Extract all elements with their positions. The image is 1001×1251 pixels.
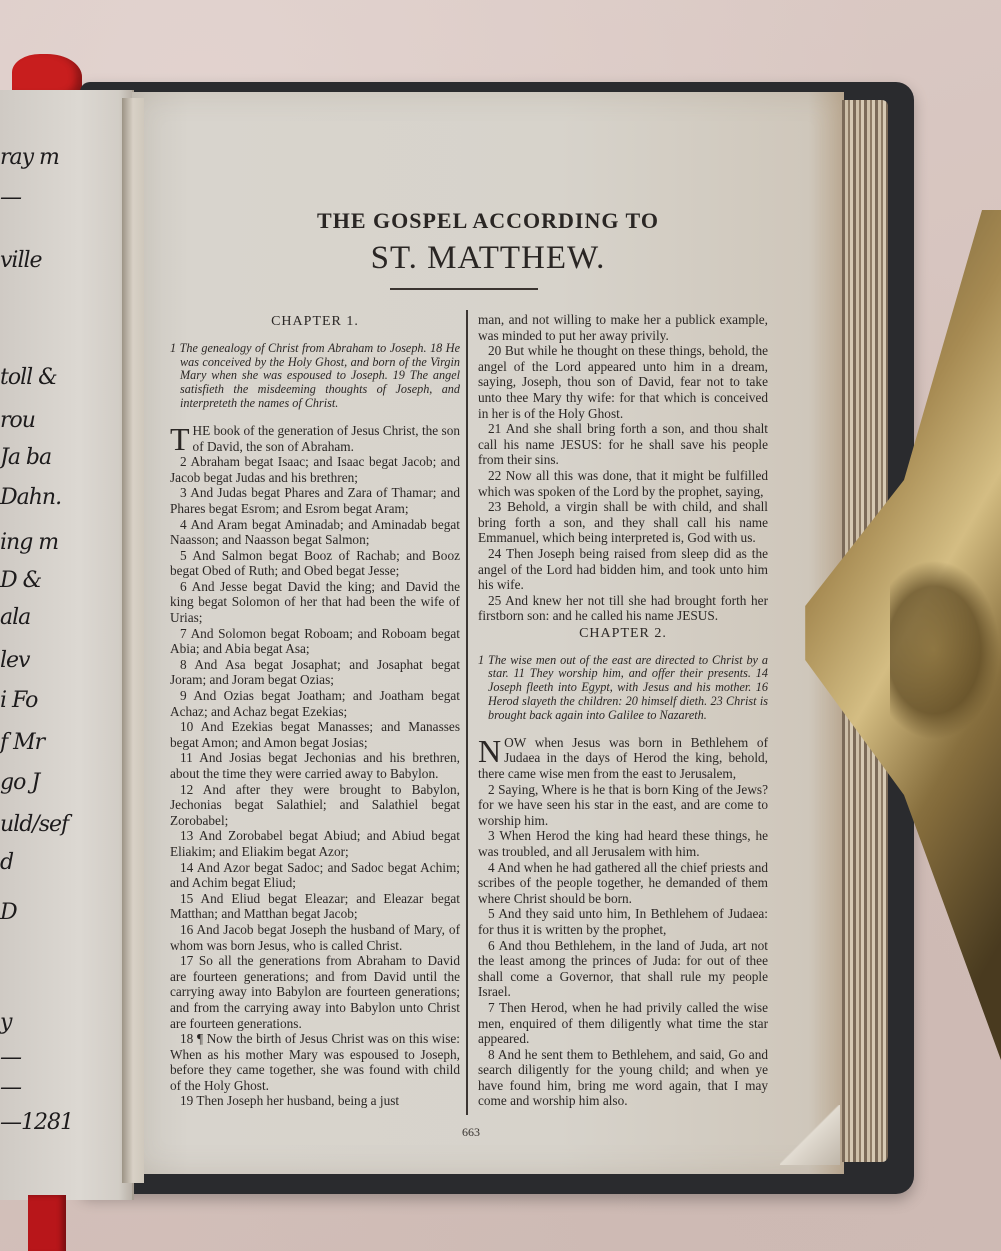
handwriting-line: i Fo [0, 688, 37, 713]
verse: 5 And they said unto him, In Bethlehem o… [478, 906, 768, 937]
verse: 6 And Jesse begat David the king; and Da… [170, 579, 460, 626]
verse: man, and not willing to make her a publi… [478, 312, 768, 343]
verse: 8 And Asa begat Josaphat; and Josaphat b… [170, 657, 460, 688]
chapter-summary: 1 The wise men out of the east are direc… [478, 654, 768, 723]
verse: 22 Now all this was done, that it might … [478, 468, 768, 499]
verse: 20 But while he thought on these things,… [478, 343, 768, 421]
verse: 25 And knew her not till she had brought… [478, 593, 768, 624]
verse: 15 And Eliud begat Eleazar; and Eleazar … [170, 891, 460, 922]
verse: 23 Behold, a virgin shall be with child,… [478, 499, 768, 546]
verse: 3 When Herod the king had heard these th… [478, 828, 768, 859]
verse: 8 And he sent them to Bethlehem, and sai… [478, 1047, 768, 1109]
handwriting-line: ala [0, 605, 30, 630]
page-corner [780, 1105, 840, 1165]
verse: 18 ¶ Now the birth of Jesus Christ was o… [170, 1031, 460, 1093]
chapter-heading: CHAPTER 1. [170, 314, 460, 330]
verse: 24 Then Joseph being raised from sleep d… [478, 546, 768, 593]
verse: 2 Saying, Where is he that is born King … [478, 782, 768, 829]
column-divider [466, 310, 468, 1115]
photo-scene: ray m — ville toll & rou Ja ba Dahn. ing… [0, 0, 1001, 1251]
verse: 7 And Solomon begat Roboam; and Roboam b… [170, 626, 460, 657]
verse-text: HE book of the generation of Jesus Chris… [193, 423, 460, 454]
title-rule [390, 288, 538, 290]
verse: 14 And Azor begat Sadoc; and Sadoc begat… [170, 860, 460, 891]
chapter-heading: CHAPTER 2. [478, 626, 768, 642]
verse: 5 And Salmon begat Booz of Rachab; and B… [170, 548, 460, 579]
verse: 13 And Zorobabel begat Abiud; and Abiud … [170, 828, 460, 859]
handwriting-line: ville [0, 248, 42, 273]
handwriting-line: ray m [0, 145, 59, 170]
drop-cap: N [478, 737, 501, 765]
handwriting-line: D & [0, 568, 41, 593]
verse-1: THE book of the generation of Jesus Chri… [170, 423, 460, 454]
handwriting-line: uld/sef [0, 812, 68, 837]
verse: 3 And Judas begat Phares and Zara of Tha… [170, 485, 460, 516]
handwriting-line: lev [0, 648, 29, 673]
verse: 9 And Ozias begat Joatham; and Joatham b… [170, 688, 460, 719]
verse: 21 And she shall bring forth a son, and … [478, 421, 768, 468]
verse: 11 And Josias begat Jechonias and his br… [170, 750, 460, 781]
verse: 4 And when he had gathered all the chief… [478, 860, 768, 907]
text-column-left: CHAPTER 1. 1 The genealogy of Christ fro… [170, 312, 460, 1109]
drop-cap: T [170, 425, 190, 453]
handwriting-line: Dahn. [0, 485, 61, 510]
book-title: ST. MATTHEW. [132, 240, 844, 277]
handwriting-line: Ja ba [0, 445, 51, 470]
handwriting-line: ing m [0, 530, 58, 555]
handwriting-line: D [0, 900, 17, 925]
page-number: 663 [462, 1125, 480, 1140]
handwritten-notes: ray m — ville toll & rou Ja ba Dahn. ing… [0, 90, 132, 1200]
show-through-text [260, 172, 760, 196]
verse: 10 And Ezekias begat Manasses; and Manas… [170, 719, 460, 750]
verse-1: NOW when Jesus was born in Bethlehem of … [478, 735, 768, 782]
handwriting-line: rou [0, 408, 35, 433]
verse: 7 Then Herod, when he had privily called… [478, 1000, 768, 1047]
verse: 4 And Aram begat Aminadab; and Aminadab … [170, 517, 460, 548]
handwriting-line: d [0, 850, 13, 875]
handwriting-line: — [0, 185, 21, 210]
ribbon-bookmark-bottom [28, 1195, 66, 1251]
left-page: ray m — ville toll & rou Ja ba Dahn. ing… [0, 90, 134, 1200]
verse: 16 And Jacob begat Joseph the husband of… [170, 922, 460, 953]
handwriting-line: — [0, 1045, 21, 1070]
brass-emboss [890, 560, 1000, 740]
handwriting-line: go J [0, 770, 39, 795]
handwriting-line: —1281 [0, 1110, 73, 1135]
gospel-title: THE GOSPEL ACCORDING TO [132, 208, 844, 234]
verse-text: OW when Jesus was born in Bethlehem of J… [478, 735, 768, 781]
verse: 2 Abraham begat Isaac; and Isaac begat J… [170, 454, 460, 485]
verse: 19 Then Joseph her husband, being a just [170, 1093, 460, 1109]
handwriting-line: f Mr [0, 730, 44, 755]
verse: 6 And thou Bethlehem, in the land of Jud… [478, 938, 768, 1000]
verse: 17 So all the generations from Abraham t… [170, 953, 460, 1031]
verse: 12 And after they were brought to Babylo… [170, 782, 460, 829]
chapter-summary: 1 The genealogy of Christ from Abraham t… [170, 342, 460, 411]
handwriting-line: toll & [0, 365, 57, 390]
handwriting-line: — [0, 1075, 21, 1100]
text-column-right: man, and not willing to make her a publi… [478, 312, 768, 1109]
handwriting-line: y [0, 1010, 11, 1035]
